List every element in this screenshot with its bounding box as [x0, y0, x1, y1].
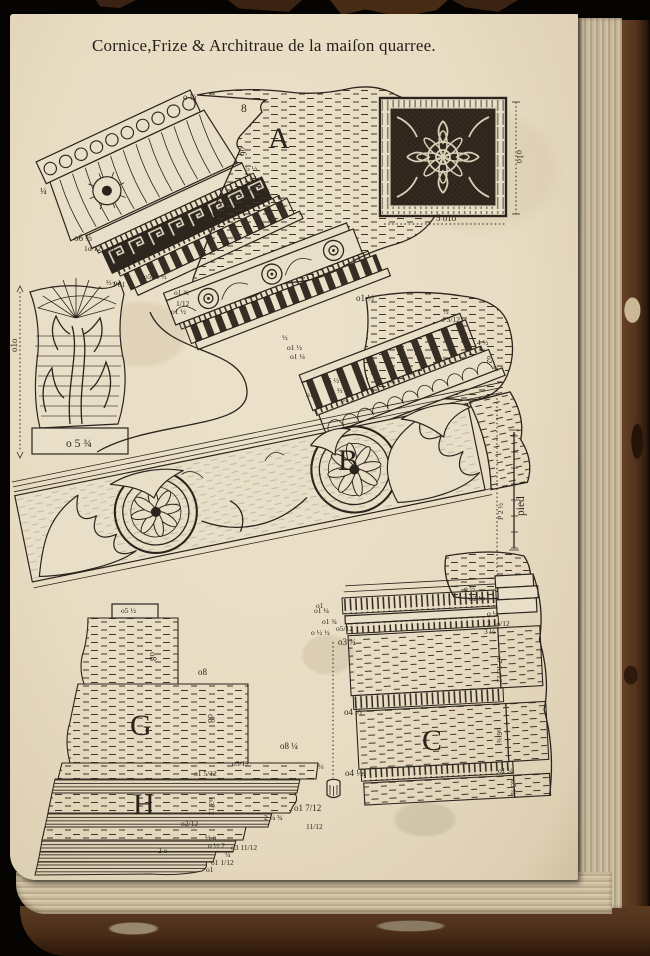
plumb-line [327, 642, 340, 798]
svg-text:1o/12: 1o/12 [84, 244, 101, 253]
svg-text:o5 ¼: o5 ¼ [509, 780, 518, 795]
svg-text:5 ½: 5 ½ [246, 164, 258, 173]
svg-text:o1: o1 [108, 245, 116, 254]
svg-text:o5 ½: o5 ½ [121, 606, 136, 615]
svg-text:H: H [133, 788, 155, 821]
svg-text:o8: o8 [148, 652, 158, 662]
svg-text:8: 8 [241, 103, 247, 115]
engraving: o ¼8Ao65 ½o1¼o6 ⅔1o/12o1o5 ¼ ½⅓ o1o1 ¾1/… [0, 0, 650, 956]
svg-text:o7 1o/12: o7 1o/12 [495, 656, 504, 683]
svg-text:o1o: o1o [515, 150, 525, 164]
svg-text:o1 ¼: o1 ¼ [498, 766, 513, 775]
svg-text:o1 ¾: o1 ¾ [174, 288, 189, 297]
profile-h [35, 779, 300, 875]
svg-text:o1 2: o1 2 [341, 395, 354, 404]
svg-text:o1: o1 [306, 390, 314, 399]
soffit-panel [380, 98, 520, 224]
svg-text:o8: o8 [206, 714, 216, 724]
svg-text:o8: o8 [198, 667, 208, 677]
svg-text:G: G [130, 709, 152, 742]
svg-text:2 ¼ ¾: 2 ¼ ¾ [264, 813, 283, 822]
svg-text:4 ½: 4 ½ [477, 338, 489, 347]
svg-text:o ¼: o ¼ [487, 609, 499, 618]
svg-text:o4 ⅓: o4 ⅓ [344, 707, 362, 717]
svg-text:o 5 ¾: o 5 ¾ [66, 438, 92, 450]
svg-text:o1 ½: o1 ½ [171, 307, 186, 316]
svg-text:o1 ½: o1 ½ [287, 343, 302, 352]
svg-text:o6 ¾: o6 ¾ [495, 728, 504, 743]
svg-text:A: A [268, 122, 290, 155]
svg-text:pied: pied [515, 496, 527, 516]
svg-text:⅓: ⅓ [318, 762, 324, 771]
svg-text:o6 ⅔: o6 ⅔ [74, 233, 92, 243]
svg-text:o5 ¼ ½: o5 ¼ ½ [144, 272, 167, 281]
svg-text:B: B [338, 444, 358, 477]
svg-text:o1 ¼: o1 ¼ [290, 352, 305, 361]
svg-text:o5/12: o5/12 [336, 624, 353, 633]
svg-text:o1 7/12: o1 7/12 [294, 803, 321, 813]
svg-text:o1 ½: o1 ½ [356, 293, 374, 303]
leaf-fragment [17, 278, 128, 458]
svg-text:¼: ¼ [493, 364, 499, 373]
svg-text:o3 11/12: o3 11/12 [231, 843, 257, 852]
svg-text:½: ½ [282, 333, 288, 342]
svg-text:3 o1: 3 o1 [112, 280, 125, 289]
svg-text:½: ½ [360, 769, 366, 778]
svg-text:⅓: ⅓ [337, 386, 343, 395]
svg-text:o2/12: o2/12 [181, 819, 198, 828]
svg-text:o8 ¼: o8 ¼ [280, 741, 298, 751]
svg-text:o ½ ½: o ½ ½ [311, 628, 330, 637]
svg-text:C: C [422, 724, 442, 757]
svg-text:o1 5/12: o1 5/12 [194, 769, 217, 778]
svg-text:2 o: 2 o [158, 846, 168, 855]
svg-text:11/12: 11/12 [306, 822, 323, 831]
svg-text:o5 ½: o5 ½ [324, 376, 339, 385]
svg-text:5 o1o: 5 o1o [436, 213, 457, 223]
svg-text:o1: o1 [250, 174, 258, 183]
svg-text:3 ¼: 3 ¼ [484, 627, 496, 636]
svg-text:o1 ¼: o1 ¼ [314, 606, 329, 615]
profile-c [341, 574, 553, 806]
svg-text:o3/12: o3/12 [207, 798, 216, 815]
svg-text:¼: ¼ [40, 186, 47, 196]
svg-text:o1 1/12: o1 1/12 [211, 858, 234, 867]
svg-text:o1: o1 [206, 865, 214, 874]
svg-text:o5/12: o5/12 [232, 759, 249, 768]
svg-text:o ¼: o ¼ [183, 92, 197, 102]
svg-text:o6: o6 [238, 147, 248, 157]
svg-text:o 3/12: o 3/12 [441, 315, 460, 324]
svg-text:o1o: o1o [9, 338, 19, 352]
svg-text:o2 ½: o2 ½ [469, 594, 484, 603]
svg-text:o2: o2 [485, 356, 494, 364]
svg-text:o3 ¾: o3 ¾ [338, 637, 356, 647]
book-photo: Cornice,Frize & Architraue de la maiſon … [0, 0, 650, 956]
svg-text:o ½ 2: o ½ 2 [208, 841, 225, 850]
svg-text:o ½: o ½ [464, 584, 476, 593]
svg-text:P 2 ½: P 2 ½ [496, 503, 505, 520]
profile-g [58, 604, 318, 779]
